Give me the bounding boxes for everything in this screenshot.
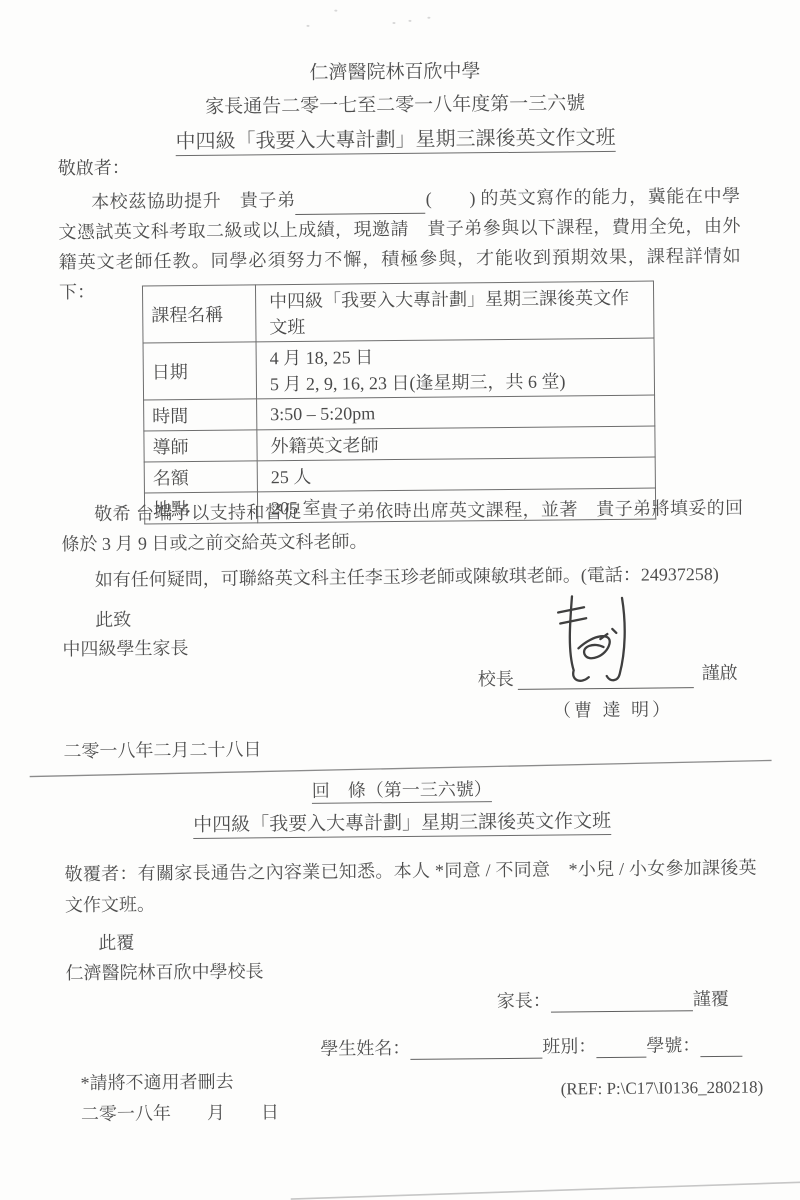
- reply-statement: 敬覆者：有關家長通告之內容業已知悉。本人 *同意 / 不同意 *小兒 / 小女參…: [64, 853, 757, 922]
- row-label: 導師: [144, 430, 257, 462]
- principal-signature: [548, 592, 649, 693]
- scanned-notice-page: 仁濟醫院林百欣中學 家長通告二零一七至二零一八年度第一三六號 中四級「我要入大專…: [0, 0, 800, 1200]
- table-row-course-name: 課程名稱 中四級「我要入大專計劃」星期三課後英文作文班: [142, 281, 654, 343]
- reply-addressee: 仁濟醫院林百欣中學校長: [65, 957, 263, 985]
- parent-signature-blank: [551, 991, 693, 1012]
- subject-title: 中四級「我要入大專計劃」星期三課後英文作文班: [175, 127, 615, 156]
- student-info-row: 學生姓名：班別：學號：: [320, 1031, 742, 1061]
- salutation: 敬啟者：: [58, 154, 130, 181]
- deletion-footnote: *請將不適用者刪去: [80, 1068, 233, 1095]
- principal-label: 校長: [478, 665, 514, 691]
- class-blank: [596, 1038, 646, 1058]
- contact-paragraph: 如有任何疑問，可聯絡英文科主任李玉珍老師或陳敏琪老師。(電話：24937258): [62, 559, 744, 596]
- row-label: 課程名稱: [142, 285, 256, 343]
- scan-speck: [392, 22, 395, 24]
- date-line-1: 4 月 18, 25 日: [270, 341, 646, 371]
- scan-speck: [408, 20, 411, 22]
- document: 仁濟醫院林百欣中學 家長通告二零一七至二零一八年度第一三六號 中四級「我要入大專…: [0, 0, 800, 1200]
- student-name-blank: [410, 1039, 542, 1060]
- document-header: 仁濟醫院林百欣中學 家長通告二零一七至二零一八年度第一三六號 中四級「我要入大專…: [0, 52, 796, 161]
- table-row-quota: 名額 25 人: [144, 457, 655, 493]
- paper-edge-line: [6, 1178, 800, 1200]
- intro-lead: 本校茲協助提升 貴子弟: [91, 190, 296, 212]
- row-value: 中四級「我要入大專計劃」星期三課後英文作文班: [255, 281, 654, 342]
- row-value: 外籍英文老師: [257, 426, 655, 461]
- parent-signature-row: 家長：謹覆: [497, 985, 729, 1013]
- support-paragraph: 敬希 台端予以支持和督促 貴子弟依時出席英文課程，並著 貴子弟將填妥的回條於 3…: [61, 493, 744, 560]
- reply-slip-header: 回 條（第一三六號） 中四級「我要入大專計劃」星期三課後英文作文班: [2, 770, 800, 844]
- student-name-blank: [296, 194, 426, 215]
- class-label: 班別：: [542, 1036, 596, 1057]
- reply-closing: 此覆: [98, 929, 134, 955]
- parent-label: 家長：: [497, 991, 551, 1012]
- notice-number: 家長通告二零一七至二零一八年度第一三六號: [0, 85, 795, 126]
- scan-speck: [306, 25, 309, 27]
- row-label: 日期: [143, 342, 257, 400]
- date-line-2: 5 月 2, 9, 16, 23 日(逢星期三，共 6 堂): [270, 367, 646, 397]
- parent-honorific: 謹覆: [693, 989, 729, 1009]
- row-label: 時間: [144, 399, 257, 431]
- row-value: 25 人: [257, 457, 655, 492]
- course-table: 課程名稱 中四級「我要入大專計劃」星期三課後英文作文班 日期 4 月 18, 2…: [142, 281, 656, 525]
- row-value: 4 月 18, 25 日 5 月 2, 9, 16, 23 日(逢星期三，共 6…: [256, 338, 655, 399]
- file-reference: (REF: P:\C17\I0136_280218): [561, 1078, 764, 1100]
- scan-speck: [334, 10, 337, 12]
- principal-honorific: 謹啟: [702, 659, 738, 685]
- reply-slip-title: 回 條（第一三六號）: [312, 779, 492, 804]
- closing-phrase: 此致: [95, 606, 131, 632]
- addressee: 中四級學生家長: [62, 634, 188, 661]
- row-value: 3:50 – 5:20pm: [257, 395, 655, 430]
- table-row-tutor: 導師 外籍英文老師: [144, 426, 655, 462]
- table-row-date: 日期 4 月 18, 25 日 5 月 2, 9, 16, 23 日(逢星期三，…: [143, 338, 655, 400]
- scan-speck: [427, 17, 430, 19]
- student-name-label: 學生姓名：: [320, 1038, 410, 1059]
- table-row-time: 時間 3:50 – 5:20pm: [144, 395, 655, 431]
- student-no-blank: [700, 1037, 742, 1057]
- row-label: 名額: [144, 461, 257, 493]
- reply-date-line: 二零一八年 月 日: [81, 1098, 279, 1126]
- principal-name: （曹 達 明）: [553, 695, 673, 722]
- reply-slip-subject: 中四級「我要入大專計劃」星期三課後英文作文班: [193, 811, 611, 839]
- student-no-label: 學號：: [646, 1035, 700, 1056]
